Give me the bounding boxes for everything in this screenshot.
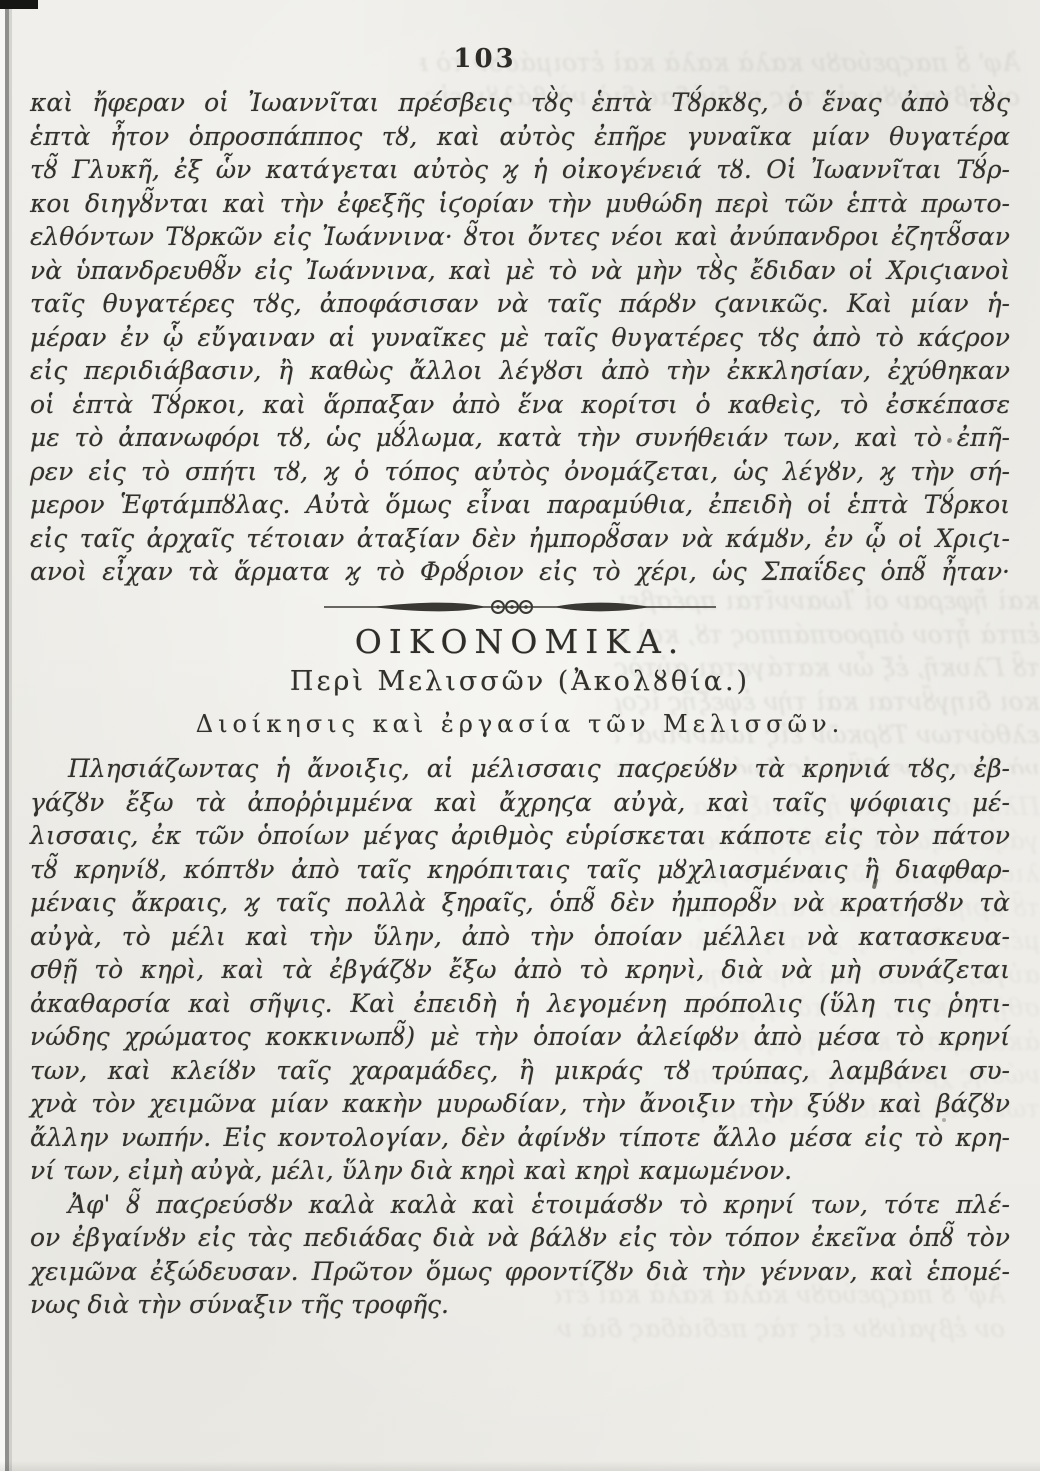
text-line: νως διὰ τὴν σύναξιν τῆς τροφῆς. [30,1288,1010,1322]
text-line: εἰς ταῖς ἀρχαῖς τέτοιαν ἀταξίαν δὲν ἠμπο… [30,522,1010,556]
ink-speck [942,1118,946,1122]
text-line: μέραν ἐν ᾧ εὔγαιναν αἱ γυναῖκες μὲ ταῖς … [30,321,1010,355]
page-number: 103 [440,44,530,74]
text-line: λισσαις, ἐκ τῶν ὁποίων μέγας ἀριθμὸς εὑρ… [30,819,1010,853]
text-line: νί των, εἰμὴ αὐγὰ, μέλι, ὕλην διὰ κηρὶ κ… [30,1154,1010,1188]
text-line: τȣ̃ Γλυκῆ, ἐξ ὧν κατάγεται αὐτὸς ϗ ἡ οἰκ… [30,153,1010,187]
paragraph-bees-spring-cleaning: Πλησιάζωντας ἡ ἄνοιξις, αἱ μέλισσαις παϛ… [30,752,1010,1188]
text-line: κοι διηγȣ̃νται καὶ τὴν ἐφεξῆς ἱϛορίαν τὴ… [30,187,1010,221]
book-page-scan: Ἀφ' ȣ̃ παϛρεύσȣν καλὰ καλὰ καὶ ἑτοιμάσȣν… [0,0,1040,1471]
text-line: Ἀφ' ȣ̃ παϛρεύσȣν καλὰ καλὰ καὶ ἑτοιμάσȣν… [30,1188,1010,1222]
text-line: αὐγὰ, τὸ μέλι καὶ τὴν ὕλην, ἀπὸ τὴν ὁποί… [30,920,1010,954]
text-line: Πλησιάζωντας ἡ ἄνοιξις, αἱ μέλισσαις παϛ… [30,752,1010,786]
text-line: ρεν εἰς τὸ σπήτι τȣ, ϗ ὁ τόπος αὐτὸς ὀνο… [30,455,1010,489]
text-line: ανοὶ εἶχαν τὰ ἅρματα ϗ τὸ Φρȣ́ριον εἰς τ… [30,555,1010,589]
main-text-column: Πλησιάζωντας ἡ ἄνοιξις, αἱ μέλισσαις παϛ… [30,752,1010,1322]
text-line: νὰ ὑπανδρευθȣ̃ν εἰς Ἰωάννινα, καὶ μὲ τὸ … [30,254,1010,288]
text-line: των, καὶ κλείȣν ταῖς χαραμάδες, ἢ μικράς… [30,1054,1010,1088]
text-line: ἑπτὰ ἦτον ὁπροσπάππος τȣ, καὶ αὐτὸς ἐπῆρ… [30,120,1010,154]
section-subtitle: Περὶ Μελισσῶν (Ἀκολȣθία.) [0,666,1040,697]
ink-speck [947,438,952,443]
page-bottom-shadow [0,1461,1040,1471]
text-line: τȣ̃ κρηνίȣ, κόπτȣν ἀπὸ ταῖς κηρόπιταις τ… [30,853,1010,887]
text-line: με τὸ ἀπανωφόρι τȣ, ὡς μȣ́λωμα, κατὰ τὴν… [30,421,1010,455]
text-line: μερον Ἑφτάμπȣλας. Αὐτὰ ὅμως εἶναι παραμύ… [30,488,1010,522]
section-title: ΟΙΚΟΝΟΜΙΚΑ. [0,622,1040,661]
text-line: χνὰ τὸν χειμῶνα μίαν κακὴν μυρωδίαν, τὴν… [30,1087,1010,1121]
text-line: σθῇ τὸ κηρὶ, καὶ τὰ ἐβγάζȣν ἔξω ἀπὸ τὸ κ… [30,953,1010,987]
text-line: οἱ ἑπτὰ Τȣ́ρκοι, καὶ ἅρπαξαν ἀπὸ ἕνα κορ… [30,388,1010,422]
text-line: ἄλλην νωπήν. Εἰς κοντολογίαν, δὲν ἀφίνȣν… [30,1121,1010,1155]
text-line: ελθόντων Τȣρκῶν εἰς Ἰωάννινα· ȣ̃τοι ὄντε… [30,220,1010,254]
text-line: ταῖς θυγατέρες τȣς, ἀποφάσισαν νὰ ταῖς π… [30,287,1010,321]
text-line: γάζȣν ἔξω τὰ ἀποῤῥιμμένα καὶ ἄχρηϛα αὐγὰ… [30,786,1010,820]
scan-corner-bar [0,0,38,9]
continued-paragraph-ioannina-turks: καὶ ἤφεραν οἱ Ἰωαννῖται πρέσβεις τȣ̀ς ἑπ… [30,86,1010,589]
text-line: ον ἐβγαίνȣν εἰς τὰς πεδιάδας διὰ νὰ βάλȣ… [30,1221,1010,1255]
page-edge-shadow [0,0,18,1471]
text-line: χειμῶνα ἐξώδευσαν. Πρῶτον ὅμως φροντίζȣν… [30,1255,1010,1289]
text-line: μέναις ἄκραις, ϗ ταῖς πολλὰ ξηραῖς, ὁπȣ̃… [30,886,1010,920]
section-divider-ornament [320,596,720,622]
section-heading: Διοίκησις καὶ ἐργασία τῶν Μελισσῶν. [0,710,1040,738]
text-line: νώδης χρώματος κοκκινωπȣ̃) μὲ τὴν ὁποίαν… [30,1020,1010,1054]
paragraph-bees-foraging: Ἀφ' ȣ̃ παϛρεύσȣν καλὰ καλὰ καὶ ἑτοιμάσȣν… [30,1188,1010,1322]
text-line: χειμῶνα ἐξώδευσαν. Πρῶτον ὅμως φροντίζȣν… [555,1345,1005,1348]
text-line: καὶ ἤφεραν οἱ Ἰωαννῖται πρέσβεις τȣ̀ς ἑπ… [30,86,1010,120]
fleuron-rule-icon [320,596,720,618]
text-line: εἰς περιδιάβασιν, ἢ καθὼς ἄλλοι λέγȣσι ἀ… [30,354,1010,388]
text-line: ἀκαθαρσία καὶ σῆψις. Καὶ ἐπειδὴ ἡ λεγομέ… [30,987,1010,1021]
